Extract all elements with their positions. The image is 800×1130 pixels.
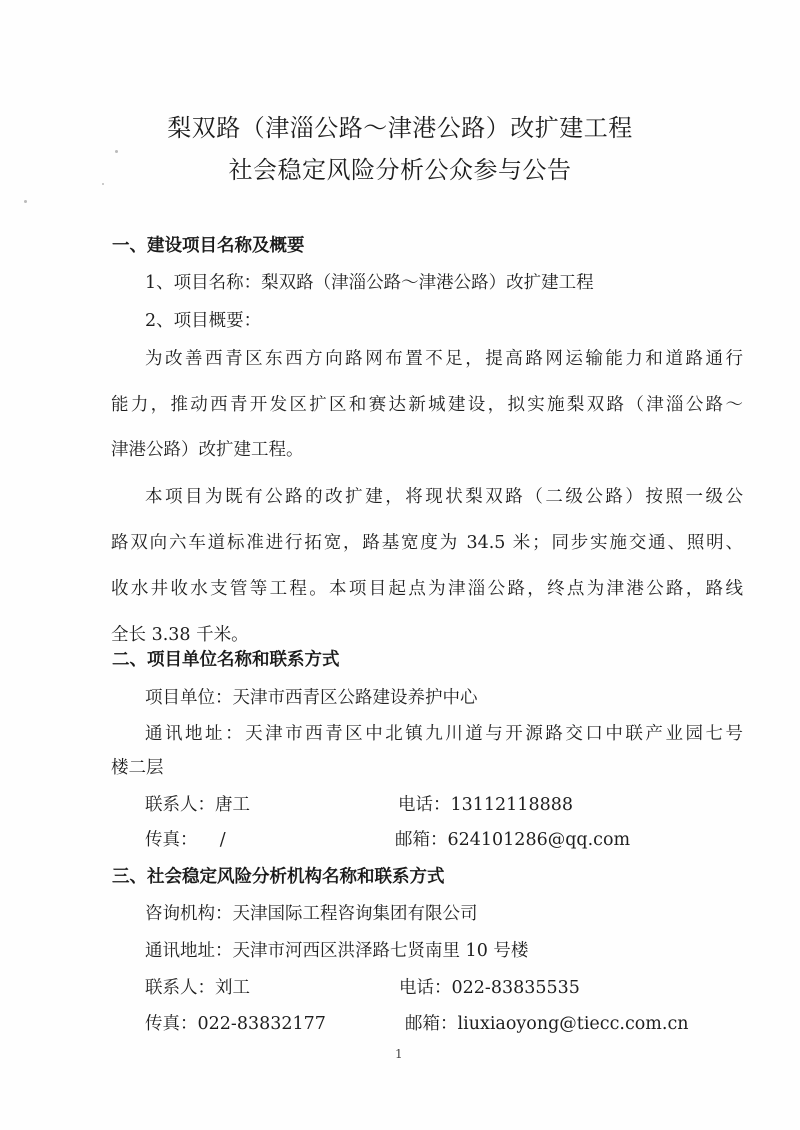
unit-address-line2: 楼二层 [111, 757, 164, 779]
agency-contact-person: 联系人：刘工 [145, 977, 250, 999]
document-page: 梨双路（津淄公路～津港公路）改扩建工程 社会稳定风险分析公众参与公告 一、建设项… [0, 0, 800, 1130]
overview-para2-line1: 本项目为既有公路的改扩建，将现状梨双路（二级公路）按照一级公 [145, 486, 743, 508]
section-heading-1: 一、建设项目名称及概要 [112, 235, 305, 257]
overview-para1-line3: 津港公路）改扩建工程。 [111, 439, 304, 461]
overview-para1-line1: 为改善西青区东西方向路网布置不足，提高路网运输能力和道路通行 [145, 348, 743, 370]
overview-para2-line4: 全长 3.38 千米。 [111, 624, 249, 646]
overview-para1-line2: 能力，推动西青开发区扩区和赛达新城建设，拟实施梨双路（津淄公路～ [111, 394, 743, 416]
scan-speck [24, 200, 27, 203]
overview-label: 2、项目概要： [145, 310, 261, 332]
page-number: 1 [395, 1047, 403, 1061]
project-name: 1、项目名称：梨双路（津淄公路～津港公路）改扩建工程 [145, 272, 594, 294]
agency-name: 咨询机构：天津国际工程咨询集团有限公司 [145, 903, 478, 925]
overview-para2-line3: 收水井收水支管等工程。本项目起点为津淄公路，终点为津港公路，路线 [111, 578, 743, 600]
agency-address: 通讯地址：天津市河西区洪泽路七贤南里 10 号楼 [145, 940, 528, 962]
document-title: 梨双路（津淄公路～津港公路）改扩建工程 [0, 108, 800, 143]
unit-fax: 传真： / [145, 829, 226, 851]
document-subtitle: 社会稳定风险分析公众参与公告 [0, 150, 800, 185]
project-unit: 项目单位：天津市西青区公路建设养护中心 [145, 687, 478, 709]
agency-phone: 电话：022-83835535 [399, 977, 580, 999]
overview-para2-line2: 路双向六车道标准进行拓宽，路基宽度为 34.5 米；同步实施交通、照明、 [111, 532, 743, 554]
unit-phone: 电话：13112118888 [398, 794, 573, 816]
section-heading-3: 三、社会稳定风险分析机构名称和联系方式 [112, 866, 445, 888]
agency-email: 邮箱：liuxiaoyong@tiecc.com.cn [405, 1013, 689, 1035]
agency-fax: 传真：022-83832177 [145, 1013, 326, 1035]
unit-address-line1: 通讯地址：天津市西青区中北镇九川道与开源路交口中联产业园七号 [145, 723, 743, 745]
unit-contact-person: 联系人：唐工 [145, 794, 250, 816]
unit-email: 邮箱：624101286@qq.com [395, 829, 630, 851]
section-heading-2: 二、项目单位名称和联系方式 [112, 649, 340, 671]
